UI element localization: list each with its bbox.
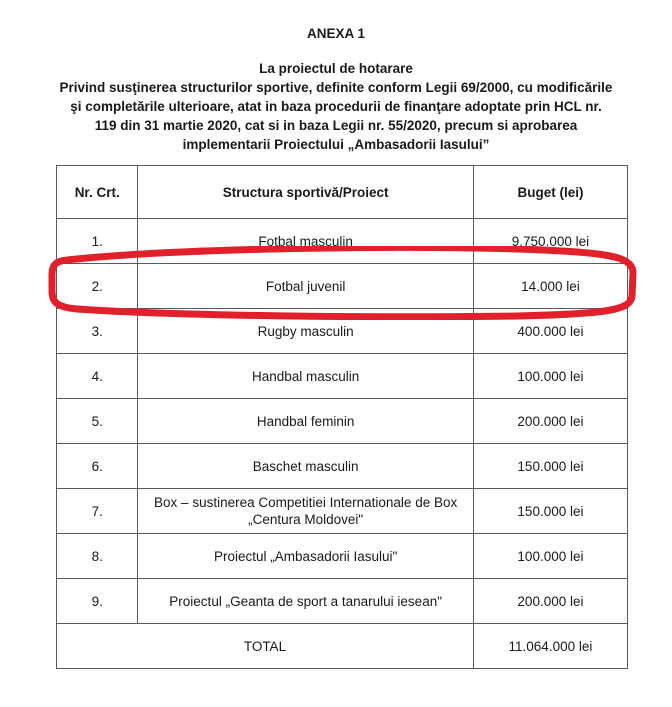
row-name: Proiectul „Geanta de sport a tanarului i… — [138, 579, 474, 624]
subtitle-line: implementarii Proiectului „Ambasadorii I… — [0, 135, 672, 154]
document-subtitle: La proiectul de hotarare Privind susţine… — [0, 59, 672, 154]
row-nr: 7. — [57, 489, 138, 534]
table-row: 3. Rugby masculin 400.000 lei — [57, 309, 628, 354]
total-label: TOTAL — [57, 624, 474, 669]
row-name: Handbal feminin — [138, 399, 474, 444]
table-row: 4. Handbal masculin 100.000 lei — [57, 354, 628, 399]
table-row: 5. Handbal feminin 200.000 lei — [57, 399, 628, 444]
row-budget: 150.000 lei — [473, 444, 627, 489]
row-name: Proiectul „Ambasadorii Iasului" — [138, 534, 474, 579]
table-header-row: Nr. Crt. Structura sportivă/Proiect Buge… — [57, 166, 628, 219]
row-budget: 200.000 lei — [473, 579, 627, 624]
row-budget: 100.000 lei — [473, 354, 627, 399]
header-nr: Nr. Crt. — [57, 166, 138, 219]
row-budget: 14.000 lei — [473, 264, 627, 309]
header-structure: Structura sportivă/Proiect — [138, 166, 474, 219]
header-budget: Buget (lei) — [473, 166, 627, 219]
row-budget: 400.000 lei — [473, 309, 627, 354]
table-row-highlighted: 2. Fotbal juvenil 14.000 lei — [57, 264, 628, 309]
row-name: Rugby masculin — [138, 309, 474, 354]
budget-table: Nr. Crt. Structura sportivă/Proiect Buge… — [56, 165, 628, 669]
row-name: Box – sustinerea Competitiei Internation… — [138, 489, 474, 534]
row-nr: 6. — [57, 444, 138, 489]
row-name: Baschet masculin — [138, 444, 474, 489]
total-budget: 11.064.000 lei — [473, 624, 627, 669]
table-row: 1. Fotbal masculin 9.750.000 lei — [57, 219, 628, 264]
row-nr: 9. — [57, 579, 138, 624]
row-nr: 4. — [57, 354, 138, 399]
subtitle-line: La proiectul de hotarare — [0, 59, 672, 78]
row-budget: 150.000 lei — [473, 489, 627, 534]
row-name-line: Box – sustinerea Competitiei Internation… — [138, 494, 473, 511]
table-row: 7. Box – sustinerea Competitiei Internat… — [57, 489, 628, 534]
subtitle-line: şi completările ulterioare, atat in baza… — [0, 97, 672, 116]
row-budget: 200.000 lei — [473, 399, 627, 444]
total-row: TOTAL 11.064.000 lei — [57, 624, 628, 669]
row-nr: 3. — [57, 309, 138, 354]
row-name: Fotbal juvenil — [138, 264, 474, 309]
table-row: 6. Baschet masculin 150.000 lei — [57, 444, 628, 489]
row-budget: 9.750.000 lei — [473, 219, 627, 264]
row-name-line: „Centura Moldovei" — [138, 511, 473, 528]
annex-title: ANEXA 1 — [0, 24, 672, 43]
row-nr: 1. — [57, 219, 138, 264]
subtitle-line: 119 din 31 martie 2020, cat si in baza L… — [0, 116, 672, 135]
table-row: 8. Proiectul „Ambasadorii Iasului" 100.0… — [57, 534, 628, 579]
row-nr: 2. — [57, 264, 138, 309]
row-name: Handbal masculin — [138, 354, 474, 399]
table-row: 9. Proiectul „Geanta de sport a tanarulu… — [57, 579, 628, 624]
subtitle-line: Privind susţinerea structurilor sportive… — [0, 78, 672, 97]
row-name: Fotbal masculin — [138, 219, 474, 264]
row-budget: 100.000 lei — [473, 534, 627, 579]
row-nr: 8. — [57, 534, 138, 579]
row-nr: 5. — [57, 399, 138, 444]
